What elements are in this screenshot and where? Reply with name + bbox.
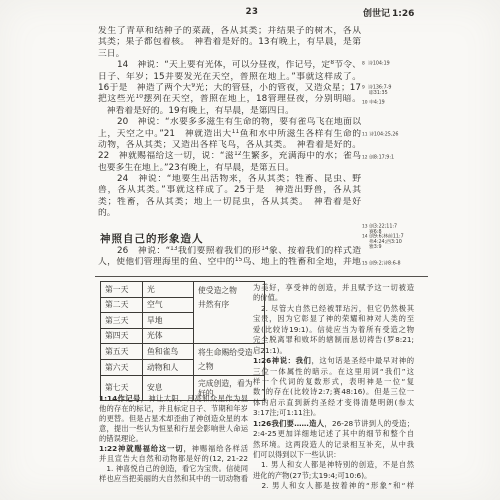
note-lead: 1:26神说：我们 — [253, 356, 311, 365]
text-line: 其类；果子都包着核。 神看着是好的。13有晚上，有早晨，是第 — [98, 37, 361, 48]
footnote-number: 10 — [362, 101, 368, 106]
text-line: 发生了青草和结种子的菜蔬，各从其类；并结果子的树木，各从 — [98, 26, 361, 37]
text-line: 兽，各从其类。”事就这样成了。25于是 神造出野兽，各从其 — [98, 185, 361, 196]
text-line: 人，使他们管理海里的鱼、空中的15鸟、地上的牲畜和全地，并地 — [98, 257, 361, 268]
cross-reference-note: 15 创9:2;诗8:6-8 — [362, 261, 442, 272]
text-line: 类；牲畜，各从其类；地上一切昆虫，各从其类。 神看着是好 — [98, 197, 361, 208]
text-line: 1. 神喜悦自己的创造，看它为宝贵。信徒同 — [99, 464, 248, 474]
section-heading: 神照自己的形象造人 — [100, 231, 204, 246]
footnote-number: 8 — [362, 62, 367, 67]
text-line: 的。 — [98, 208, 361, 219]
text-line: 宝贵，因为它彰显了神的荣耀和神对人类的至 — [253, 314, 414, 324]
table-cell: 动物和人 — [143, 359, 194, 375]
page-number: 23 — [238, 7, 266, 17]
footnote-marker: 10 — [136, 94, 143, 100]
table-cell: 第二天 — [101, 297, 143, 313]
commentary-right-column: 为美好，享受神的创造，并且赋予这一切被造的价值。 2. 尽管大自然已经被罪玷污，… — [253, 283, 414, 492]
creation-days-table: 第一天光使受造之物井然有序第二天空气第三天旱地第四天光体第五天鱼和雀鸟将生命赐给… — [100, 281, 265, 401]
footnote-marker: 15 — [235, 257, 242, 263]
text-line: 也要多生在地上。”23有晚上，有早晨，是第五日。 — [98, 163, 361, 174]
table-cell: 第四天 — [101, 328, 143, 344]
footnote-number: 14 — [362, 235, 368, 240]
text-line: 2:4-25更加详细地记述了其中的细节和整个自 — [253, 429, 414, 439]
text-line: 进化的产物(27节;太19:4;可10:6)。 — [253, 471, 414, 481]
cross-reference-line: 耶31:35 — [362, 90, 447, 95]
scripture-text-block: 发生了青草和结种子的菜蔬，各从其类；并结果子的树木，各从其类；果子都包着核。 神… — [98, 26, 361, 220]
cross-reference-line: 12 创8:17;9:1 — [362, 155, 447, 160]
text-line: 爱(比较诗19:1)。信徒应当为着所有受造之物 — [253, 325, 414, 335]
footnote-marker: 13 — [170, 246, 177, 252]
text-line: 神看着是好的。19有晚上，有早晨，是第四日。 — [98, 106, 361, 117]
text-line: 1:26我们要……造人，26-28节讲到人的受造； — [253, 419, 414, 429]
text-line: 22 神就赐福给这一切，说：“滋12生繁多，充满海中的水；雀鸟 — [98, 151, 361, 162]
table-cell: 第六天 — [101, 359, 143, 375]
scripture-text-block-2: 26 神说：“13我们要照着我们的形14象、按着我们的样式造人，使他们管理海里的… — [98, 246, 361, 269]
table-cell: 第三天 — [101, 313, 143, 329]
bible-page: 23 创世记1:26 发生了青草和结种子的菜蔬，各从其类；并结果子的树木，各从其… — [0, 0, 500, 500]
text-line: 动物，各从其类；又造出各样飞鸟，各从其类。 神看着是好的。 — [98, 140, 361, 151]
footnote-number: 15 — [362, 262, 368, 267]
cross-reference-line: 10 申4:19 — [362, 100, 447, 105]
text-line: 的价值。 — [253, 293, 414, 303]
table-cell: 光体 — [143, 328, 194, 344]
text-line: 启21:1)。 — [253, 346, 414, 356]
footnote-number: 11 — [362, 133, 368, 138]
text-line: 三日。 — [98, 49, 361, 60]
text-line: 上，天空之中。”21 神就造出大11鱼和水中所滋生各样有生命的 — [98, 129, 361, 140]
cross-reference-line: 11 诗104:25,26 — [362, 132, 447, 137]
text-line: 16于是 神造了两个大9光；大的管昼，小的管夜，又造众星；17就 — [98, 83, 361, 94]
chapter-verse-ref: 1:26 — [392, 9, 414, 19]
text-line: 日子、年岁；15并要发光在天空，普照在地上。”事就这样成了。 — [98, 72, 361, 83]
text-line: 样一个代词的复数形式，表明神是一位“复 — [253, 377, 414, 387]
table-cell: 空气 — [143, 297, 194, 313]
table-cell: 光 — [143, 282, 194, 298]
table-cell: 鱼和雀鸟 — [143, 344, 194, 360]
text-line: 1:26神说：我们，这句话是圣经中最早对神的 — [253, 356, 414, 366]
table-cell: 第五天 — [101, 344, 143, 360]
footnote-marker: 8 — [330, 60, 334, 66]
text-line: 数”的存在(比较诗2:7;赛48:16)。但是三位一 — [253, 387, 414, 397]
text-line: 1:22神就赐福给这一切，神赐福给各样活物， — [99, 444, 248, 454]
text-line: 20 神说：“水要多多滋生有生命的物，要有雀鸟飞在地面以 — [98, 117, 361, 128]
running-head: 创世记1:26 — [363, 6, 414, 19]
text-line: 14 神说：“天上要有光体，可以分昼夜，作记号，定8节令、 — [98, 60, 361, 71]
text-line: 为美好，享受神的创造，并且赋予这一切被造 — [253, 283, 414, 293]
text-line: 体的启示直到新约圣经才变得清楚明朗(参太 — [253, 398, 414, 408]
text-line: 们可以得到以下一些认识： — [253, 450, 414, 460]
text-line: 2. 尽管大自然已经被罪玷污，但它仍然极其 — [253, 304, 414, 314]
cross-reference-line: 8 诗104:19 — [362, 61, 447, 66]
text-line: 24 神说：“地要生出活物来，各从其类；牲畜、昆虫、野 — [98, 174, 361, 185]
text-line: 并且宣告大自然和动物都是好的(12, 21-22节)。 — [99, 454, 248, 464]
table-cell: 旱地 — [143, 313, 194, 329]
cross-reference-note: 10 申4:19 — [362, 100, 442, 111]
text-line: 样也应当把美丽的大自然和其中的一切动物看 — [99, 474, 248, 484]
text-line: 1. 男人和女人都是神特别的创造，不是自然 — [253, 460, 414, 470]
text-line: 意，提出一些认为恒星和行星会影响世人命运 — [99, 424, 248, 434]
cross-reference-note: 8 诗104:19 — [362, 61, 442, 72]
note-lead: 1:22神就赐福给这一切 — [99, 444, 183, 453]
footnote-number: 12 — [362, 156, 368, 161]
table-cell: 第一天 — [101, 282, 143, 298]
text-line: 他的存在的标记，并且标定日子、节期和年岁 — [99, 404, 248, 414]
text-line: 的错误理论。 — [99, 434, 248, 444]
footnote-number: 13 — [362, 225, 368, 230]
text-line: 把这些光10摆列在天空，普照在地上，18管理昼夜，分别明暗。 — [98, 94, 361, 105]
footnote-number: 9 — [362, 86, 367, 91]
text-line: 1:14作记号，神让太阳、月亮和众星作为显明 — [99, 394, 248, 404]
section-divider-line — [95, 276, 428, 277]
note-lead: 1:26我们要……造人 — [253, 419, 324, 428]
cross-reference-line: 15 创9:2;诗8:6-8 — [362, 261, 447, 266]
text-line: 然环境。这两段造人的记录相互补充，从中我 — [253, 440, 414, 450]
text-line: 26 神说：“13我们要照着我们的形14象、按着我们的样式造 — [98, 246, 361, 257]
footnote-marker: 11 — [232, 129, 239, 135]
text-line: 完全脱离罪和败坏的辖制而恳切祷告(罗8:21; — [253, 335, 414, 345]
cross-reference-note: 12 创8:17;9:1 — [362, 155, 442, 166]
text-line: 2. 男人和女人都是按着神的“形象”和“样 — [253, 481, 414, 491]
note-lead: 1:14作记号 — [99, 394, 141, 403]
cross-reference-line: 雅3:9 — [362, 244, 447, 249]
footnote-marker: 9 — [191, 83, 195, 89]
book-title: 创世记 — [363, 9, 390, 19]
footnote-marker: 12 — [234, 151, 241, 157]
footnote-marker: 14 — [261, 246, 268, 252]
cross-reference-note: 11 诗104:25,26 — [362, 132, 442, 143]
text-line: 三位一体属性的暗示。在这里用词“我们”这 — [253, 367, 414, 377]
text-line: 3:17注;可1:11注)。 — [253, 408, 414, 418]
commentary-left-column: 1:14作记号，神让太阳、月亮和众星作为显明他的存在的标记，并且标定日子、节期和… — [99, 394, 248, 484]
text-line: 的更替。但是占星术却歪曲了神创造众星的本 — [99, 414, 248, 424]
